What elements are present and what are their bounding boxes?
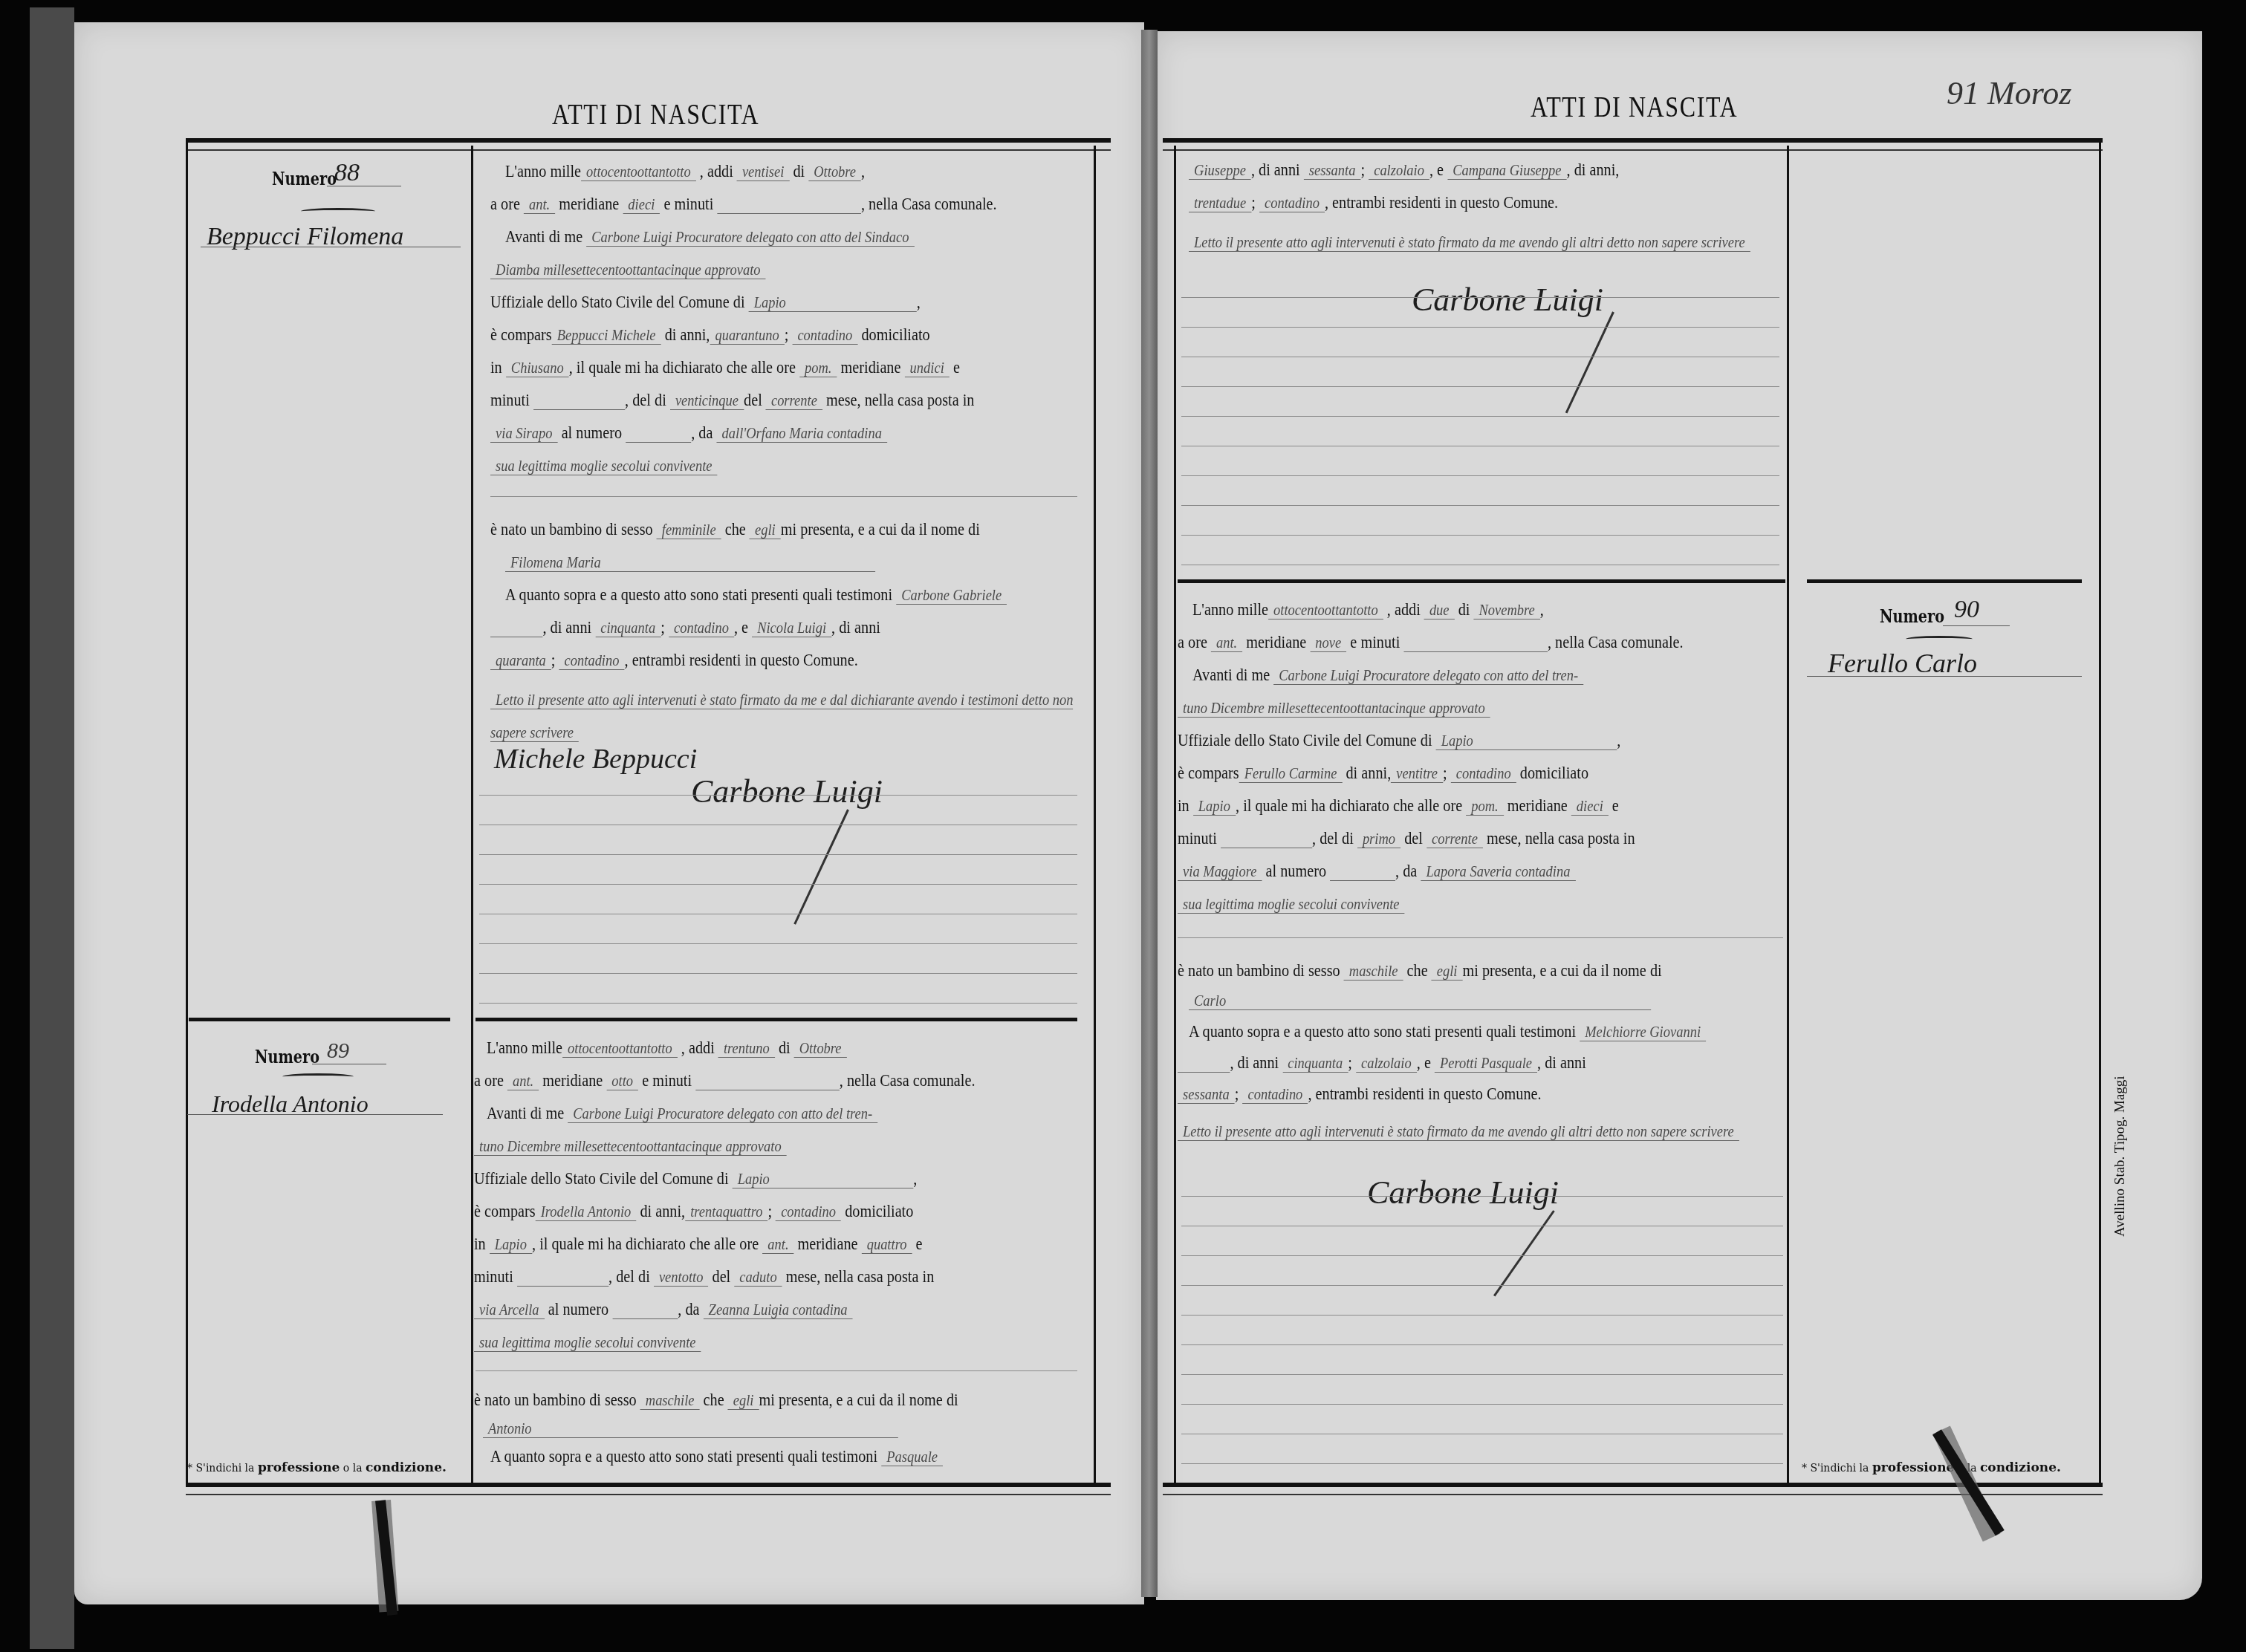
field-mother: Lapora Saveria contadina (1421, 862, 1575, 881)
signature-officer-89: Carbone Luigi (1412, 281, 1603, 319)
field-witness1: Melchiorre Giovanni (1580, 1023, 1706, 1041)
ruled-line (479, 795, 1077, 796)
label: meridiane (559, 195, 619, 213)
label: è compars (474, 1202, 536, 1220)
frame-right-border (2099, 138, 2101, 1486)
ruled-line (1181, 475, 1779, 476)
field-day: due (1424, 601, 1455, 619)
margin-name-90: Ferullo Carlo (1828, 648, 1977, 679)
label: domiciliat (845, 1202, 906, 1220)
field-birth-ore-prefix: pom. (799, 359, 837, 377)
ruled-line (1181, 1315, 1783, 1316)
label: , da (678, 1300, 699, 1318)
label: del (744, 391, 762, 409)
line-nato: è nato un bambino di sesso maschile che … (1178, 961, 1662, 981)
field-officer: Carbone Luigi Procuratore delegato con a… (1273, 666, 1583, 685)
field-witness1-age: cinquanta (1282, 1054, 1348, 1073)
line-testimoni-eta: , di anni cinquanta; calzolaio, e Perott… (1178, 1053, 1586, 1073)
field-reading-note: Letto il presente atto agli intervenuti … (490, 691, 1073, 742)
label: è nato un bambino di sesso (474, 1391, 637, 1409)
page-title-left: ATTI DI NASCITA (552, 97, 759, 131)
label: del (713, 1267, 731, 1286)
label: , addi (700, 162, 733, 181)
label: al numero (562, 423, 622, 442)
label: Avanti di me (505, 227, 582, 246)
line-madre-cont: sua legittima moglie secolui convivente (1178, 894, 1405, 914)
field-witness2-profession: contadino (1259, 194, 1325, 212)
ruled-line (1181, 1255, 1783, 1256)
field-house-number (1330, 862, 1395, 881)
label: , nella Casa comunale. (1548, 633, 1684, 651)
label: , di anni (1251, 160, 1300, 179)
field-birth-month: corrente (1427, 830, 1483, 848)
numero-label-90: Numero (1880, 605, 1944, 627)
field-mother: dall'Orfano Maria contadina (716, 424, 887, 443)
footnote-prefix: * S'indichi la (187, 1463, 254, 1474)
field-witness1-profession: calzolaio (1356, 1054, 1417, 1073)
label: mi presenta, e a cui d (1463, 961, 1591, 980)
line-minuti: minuti , del di primo del corrente mese,… (1178, 829, 1635, 848)
ruled-line (1181, 357, 1779, 357)
label: L'anno mille (487, 1038, 562, 1057)
field-month: Ottobre (808, 163, 861, 181)
numero-label-89: Numero (255, 1046, 319, 1067)
corner-annotation: 91 Moroz (1947, 74, 2071, 112)
field-minutes (1403, 634, 1548, 652)
label: a ore (1178, 633, 1207, 651)
field-birth-day: ventotto (654, 1268, 709, 1287)
footnote-bold2: condizione. (1980, 1460, 2061, 1475)
signature-declarant-88: Michele Beppucci (494, 743, 697, 775)
label: minuti (1178, 829, 1217, 848)
label: mese, nella casa posta in (826, 391, 975, 409)
field-presenter: egli (750, 521, 781, 539)
line-nome: Carlo (1189, 991, 1651, 1010)
label: , il quale mi ha dichiarato che alle ore (532, 1235, 759, 1253)
line-minuti: minuti , del di venticinquedel corrente … (490, 391, 974, 410)
line-testimoni: A quanto sopra e a questo atto sono stat… (490, 1447, 943, 1466)
field-mother: Zeanna Luigia contadina (704, 1301, 853, 1319)
field-house-number (626, 424, 691, 443)
line-ore: a ore ant. meridiane dieci e minuti , ne… (490, 195, 997, 214)
field-witness1-age: cinquanta (595, 619, 661, 637)
label: L'anno mille (505, 162, 581, 181)
field-declarant: Ferullo Carmine (1239, 764, 1343, 783)
label: mese, nella casa posta in (1487, 829, 1635, 848)
separator-record-right (1178, 579, 1785, 583)
field-birth-day: primo (1357, 830, 1400, 848)
label: Uffiziale dello Stato Civile del Comune … (474, 1169, 729, 1188)
label: di anni, (1346, 764, 1392, 782)
label: meridiane (841, 358, 901, 377)
label: di anni, (640, 1202, 685, 1220)
line-lettura: Letto il presente atto agli intervenuti … (490, 683, 1079, 749)
field-hour: otto (606, 1072, 638, 1090)
frame-left-border (186, 138, 188, 1486)
label: , di anni (1537, 1053, 1586, 1072)
field-domicile: Lapio (1193, 797, 1236, 816)
book-binding (1141, 30, 1158, 1597)
ruled-line (490, 496, 1077, 497)
field-year: ottocentoottantotto (1268, 601, 1383, 619)
line-nome: Filomena Maria (505, 553, 875, 572)
line-domicilio: in Chiusano, il quale mi ha dichiarato c… (490, 358, 960, 377)
line-nome: Antonio (483, 1419, 898, 1438)
ruled-line (1181, 1404, 1783, 1405)
field-day: ventisei (737, 163, 790, 181)
underline (1807, 676, 2082, 677)
label: , di anni (831, 618, 880, 637)
label: , da (691, 423, 713, 442)
ruled-line (476, 1370, 1077, 1371)
label: a ore (490, 195, 520, 213)
field-comune: Lapio (733, 1170, 914, 1188)
line-entrambi: sessanta; contadino, entrambi residenti … (1178, 1084, 1542, 1104)
numero-value-88: 88 (334, 159, 360, 187)
footnote-bold1: professione (1872, 1460, 1954, 1475)
line-officer-cont: Diamba millesettecentoottantacinque appr… (490, 260, 766, 279)
label: e (1612, 796, 1619, 815)
field-witness2-age: quaranta (490, 651, 551, 670)
label: , di anni (1567, 160, 1616, 179)
numero-value-89: 89 (327, 1038, 349, 1064)
scanner-edge (30, 7, 74, 1649)
ruled-line (1181, 1285, 1783, 1286)
line-comparso: è comparsBeppucci Michele di anni,quaran… (490, 325, 930, 345)
field-officer-cont: tuno Dicembre millesettecentoottantacinq… (474, 1137, 787, 1156)
label: , da (1395, 862, 1417, 880)
field-street: via Maggiore (1178, 862, 1262, 881)
field-profession: contadino (776, 1203, 841, 1221)
flourish-ornament (282, 1073, 354, 1080)
frame-bottom-border-left (186, 1483, 1111, 1495)
underline (201, 247, 461, 247)
label: mese, nella casa posta in (786, 1267, 935, 1286)
frame-left-border-right (1174, 146, 1176, 1483)
ruled-line (1181, 1374, 1783, 1375)
footnote-left: * S'indichi la professione o la condizio… (187, 1460, 447, 1475)
field-birth-ore-prefix: pom. (1466, 797, 1504, 816)
field-hour: nove (1310, 634, 1346, 652)
label: e minuti (1350, 633, 1400, 651)
line-testimoni: A quanto sopra e a questo atto sono stat… (1189, 1022, 1706, 1041)
line-avanti: Avanti di me Carbone Luigi Procuratore d… (1192, 666, 1583, 685)
field-reading-note: Letto il presente atto agli intervenuti … (1178, 1122, 1739, 1141)
line-anno: L'anno milleottocentoottantotto , addi t… (487, 1038, 847, 1058)
field-officer: Carbone Luigi Procuratore delegato con a… (586, 228, 914, 247)
line-ore: a ore ant. meridiane otto e minuti , nel… (474, 1071, 975, 1090)
field-year: ottocentoottantotto (581, 163, 696, 181)
field-witness2: Campana Giuseppe (1447, 161, 1566, 180)
label: L'anno mille (1192, 600, 1268, 619)
field-hour: dieci (623, 195, 660, 214)
ruled-line (1181, 1196, 1783, 1197)
label: , di anni (1230, 1053, 1279, 1072)
label: meridiane (542, 1071, 603, 1090)
label: è nato un bambino di sesso (1178, 961, 1340, 980)
field-birth-hour: undici (905, 359, 950, 377)
label: , nella Casa comunale. (861, 195, 997, 213)
right-page (1156, 31, 2202, 1600)
flourish-ornament (301, 208, 375, 215)
line-lettura: Letto il presente atto agli intervenuti … (1189, 226, 1777, 258)
ruled-line (1178, 937, 1783, 938)
field-witness2: Nicola Luigi (752, 619, 831, 637)
field-birth-hour: dieci (1571, 797, 1609, 816)
label: A quanto sopra e a questo atto sono stat… (490, 1447, 877, 1466)
ruled-line (479, 914, 1077, 914)
field-child-name: Carlo (1189, 992, 1651, 1010)
field-blank (1178, 1054, 1230, 1073)
field-witness2-profession: contadino (559, 651, 625, 670)
label: mi presenta, e a cui d (759, 1391, 887, 1409)
label: , del di (608, 1267, 650, 1286)
line-testimoni: A quanto sopra e a questo atto sono stat… (505, 585, 1007, 605)
ruled-line (1181, 1463, 1783, 1464)
label: di (1650, 961, 1662, 980)
flourish-ornament (1906, 636, 1973, 643)
label: minuti (474, 1267, 513, 1286)
field-birth-month: caduto (734, 1268, 782, 1287)
field-witness2: Perotti Pasquale (1435, 1054, 1537, 1073)
field-blank (490, 619, 542, 637)
field-ore-prefix: ant. (507, 1072, 539, 1090)
line-testimoni-eta: Giuseppe, di anni sessanta; calzolaio, e… (1189, 160, 1619, 180)
label: in (474, 1235, 486, 1253)
ruled-line (1181, 386, 1779, 387)
field-birth-minutes (517, 1268, 608, 1287)
label: che (704, 1391, 724, 1409)
ruled-line (1181, 327, 1779, 328)
label: domiciliat (1520, 764, 1581, 782)
field-reading-note: Letto il presente atto agli intervenuti … (1189, 233, 1750, 252)
field-profession: contadino (792, 326, 857, 345)
field-declarant: Beppucci Michele (552, 326, 661, 345)
ruled-line (1181, 416, 1779, 417)
label: a ore (474, 1071, 504, 1090)
line-madre-cont: sua legittima moglie secolui convivente (474, 1333, 701, 1352)
field-witness2-age: trentadue (1189, 194, 1251, 212)
label: in (1178, 796, 1189, 815)
label: , addi (1387, 600, 1421, 619)
field-profession: contadino (1451, 764, 1516, 783)
field-birth-minutes (533, 391, 625, 410)
frame-top-border-left (186, 138, 1111, 151)
field-witness2-age: sessanta (1178, 1085, 1235, 1104)
label: in (490, 358, 502, 377)
label: di (1458, 600, 1470, 619)
label: , e (1429, 160, 1444, 179)
footnote-mid: o la (343, 1463, 363, 1474)
label: e (953, 358, 960, 377)
line-comparso: è comparsFerullo Carmine di anni,ventitr… (1178, 764, 1588, 783)
label: Avanti di me (1192, 666, 1270, 684)
label: il nom (898, 1391, 936, 1409)
field-witness2-profession: contadino (1242, 1085, 1308, 1104)
line-nato: è nato un bambino di sesso maschile che … (474, 1391, 958, 1410)
frame-top-border-right (1163, 138, 2103, 151)
ruled-line (1181, 505, 1779, 506)
label: che (725, 520, 746, 539)
line-via: via Maggiore al numero , da Lapora Saver… (1178, 862, 1576, 881)
line-via: via Sirapo al numero , da dall'Orfano Ma… (490, 423, 887, 443)
field-witness1-age: sessanta (1304, 161, 1361, 180)
line-ufficiale: Uffiziale dello Stato Civile del Comune … (490, 293, 921, 312)
field-witness1: Carbone Gabriele (896, 586, 1007, 605)
ruled-line (1181, 297, 1779, 298)
line-ufficiale: Uffiziale dello Stato Civile del Comune … (474, 1169, 917, 1188)
footnote-bold1: professione (258, 1460, 340, 1475)
field-ore-prefix: ant. (1211, 634, 1242, 652)
numero-value-90: 90 (1954, 596, 1979, 624)
line-avanti: Avanti di me Carbone Luigi Procuratore d… (505, 227, 915, 247)
field-age: quarantuno (710, 326, 784, 345)
label: A quanto sopra e a questo atto sono stat… (1189, 1022, 1576, 1041)
line-comparso: è comparsIrodella Antonio di anni,trenta… (474, 1202, 913, 1221)
field-age: ventitre (1391, 764, 1443, 783)
page-title-right: ATTI DI NASCITA (1531, 89, 1738, 124)
ruled-line (1181, 565, 1779, 565)
ruled-line (479, 973, 1077, 974)
ruled-line (1181, 1226, 1783, 1226)
ruled-line (479, 825, 1077, 825)
label: domiciliat (861, 325, 922, 344)
line-entrambi: quaranta; contadino, entrambi residenti … (490, 651, 858, 670)
label: il nom (919, 520, 958, 539)
label: di (793, 162, 805, 181)
line-madre-cont: sua legittima moglie secolui convivente (490, 456, 718, 475)
label: , entrambi residenti in questo Comune. (625, 651, 858, 669)
printer-imprint: Avellino Stab. Tipog. Maggi (2112, 1076, 2129, 1237)
label: , il quale mi ha dichiarato che alle ore (569, 358, 796, 377)
label: meridiane (1507, 796, 1568, 815)
underline (187, 1114, 443, 1115)
field-presenter: egli (1432, 962, 1463, 981)
footnote-right: * S'indichi la professione o la condizio… (1802, 1460, 2061, 1475)
label: al numero (548, 1300, 608, 1318)
field-declarant: Irodella Antonio (536, 1203, 637, 1221)
footnote-prefix: * S'indichi la (1802, 1463, 1869, 1474)
field-mother-cont: sua legittima moglie secolui convivente (474, 1333, 701, 1352)
ruled-line (479, 1003, 1077, 1004)
line-officer-cont: tuno Dicembre millesettecentoottantacinq… (474, 1136, 787, 1156)
label: è compars (490, 325, 552, 344)
field-birth-ore-prefix: ant. (762, 1235, 793, 1254)
field-sex: femminile (657, 521, 721, 539)
line-ore: a ore ant. meridiane nove e minuti , nel… (1178, 633, 1684, 652)
field-day: trentuno (718, 1039, 775, 1058)
label: di (968, 520, 980, 539)
label: , il quale mi ha dichiarato che alle ore (1236, 796, 1462, 815)
line-minuti: minuti , del di ventotto del caduto mese… (474, 1267, 934, 1287)
label: il nom (1601, 961, 1640, 980)
field-mother-cont: sua legittima moglie secolui convivente (490, 457, 718, 475)
ruled-line (1181, 535, 1779, 536)
field-mother-cont: sua legittima moglie secolui convivente (1178, 895, 1405, 914)
field-age: trentaquattro (685, 1203, 767, 1221)
line-domicilio: in Lapio, il quale mi ha dichiarato che … (1178, 796, 1619, 816)
label: , addi (681, 1038, 715, 1057)
field-domicile: Chiusano (506, 359, 569, 377)
column-divider-right (1787, 146, 1789, 1483)
label: è nato un bambino di sesso (490, 520, 653, 539)
label: di (947, 1391, 958, 1409)
field-comune: Lapio (1436, 732, 1617, 750)
label: , e (734, 618, 748, 637)
label: Uffiziale dello Stato Civile del Comune … (1178, 731, 1432, 749)
line-entrambi: trentadue; contadino, entrambi residenti… (1189, 193, 1558, 212)
ruled-line (479, 943, 1077, 944)
field-presenter: egli (728, 1391, 759, 1410)
label: , entrambi residenti in questo Comune. (1308, 1084, 1541, 1103)
field-birth-minutes (1221, 830, 1312, 848)
label: di (779, 1038, 791, 1057)
underline (312, 1064, 386, 1064)
separator-record-left (476, 1018, 1077, 1021)
field-witness1: Pasquale (881, 1448, 943, 1466)
underline (327, 186, 401, 186)
field-sex: maschile (640, 1391, 700, 1410)
line-nato: è nato un bambino di sesso femminile che… (490, 520, 980, 539)
line-via: via Arcella al numero , da Zeanna Luigia… (474, 1300, 853, 1319)
label: meridiane (798, 1235, 858, 1253)
field-birth-hour: quattro (862, 1235, 912, 1254)
field-street: via Arcella (474, 1301, 545, 1319)
underline (1943, 625, 2010, 626)
label: Avanti di me (487, 1104, 564, 1122)
label: minuti (490, 391, 530, 409)
field-witness1-profession: calzolaio (1369, 161, 1429, 180)
field-year: ottocentoottantotto (562, 1039, 678, 1058)
line-lettura: Letto il presente atto agli intervenuti … (1178, 1116, 1766, 1147)
field-month: Ottobre (794, 1039, 847, 1058)
field-birth-day: venticinque (670, 391, 744, 410)
field-domicile: Lapio (490, 1235, 532, 1254)
ruled-line (1181, 1434, 1783, 1434)
label: , di anni (542, 618, 591, 637)
ruled-line (1181, 1344, 1783, 1345)
label: A quanto sopra e a questo atto sono stat… (505, 585, 892, 604)
field-minutes (695, 1072, 840, 1090)
field-month: Novembre (1473, 601, 1539, 619)
column-divider-left (471, 146, 473, 1483)
label: Uffiziale dello Stato Civile del Comune … (490, 293, 745, 311)
field-sex: maschile (1344, 962, 1403, 981)
label: del (1404, 829, 1423, 848)
label: e minuti (642, 1071, 692, 1090)
label: , nella Casa comunale. (840, 1071, 976, 1090)
label: e (915, 1235, 922, 1253)
signature-officer-90: Carbone Luigi (1367, 1174, 1559, 1212)
field-witness1-end: Giuseppe (1189, 161, 1251, 180)
line-domicilio: in Lapio, il quale mi ha dichiarato che … (474, 1235, 922, 1254)
label: meridiane (1246, 633, 1306, 651)
field-officer-cont: tuno Dicembre millesettecentoottantacinq… (1178, 699, 1490, 718)
label: , del di (625, 391, 666, 409)
field-witness1-profession: contadino (669, 619, 734, 637)
line-officer-cont: tuno Dicembre millesettecentoottantacinq… (1178, 698, 1490, 718)
line-avanti: Avanti di me Carbone Luigi Procuratore d… (487, 1104, 877, 1123)
label: è compars (1178, 764, 1239, 782)
label: , entrambi residenti in questo Comune. (1325, 193, 1558, 212)
field-ore-prefix: ant. (524, 195, 555, 214)
ruled-line (1181, 446, 1779, 446)
label: , del di (1312, 829, 1354, 848)
field-street: via Sirapo (490, 424, 558, 443)
label: e minuti (663, 195, 713, 213)
label: che (1407, 961, 1428, 980)
label: al numero (1266, 862, 1326, 880)
